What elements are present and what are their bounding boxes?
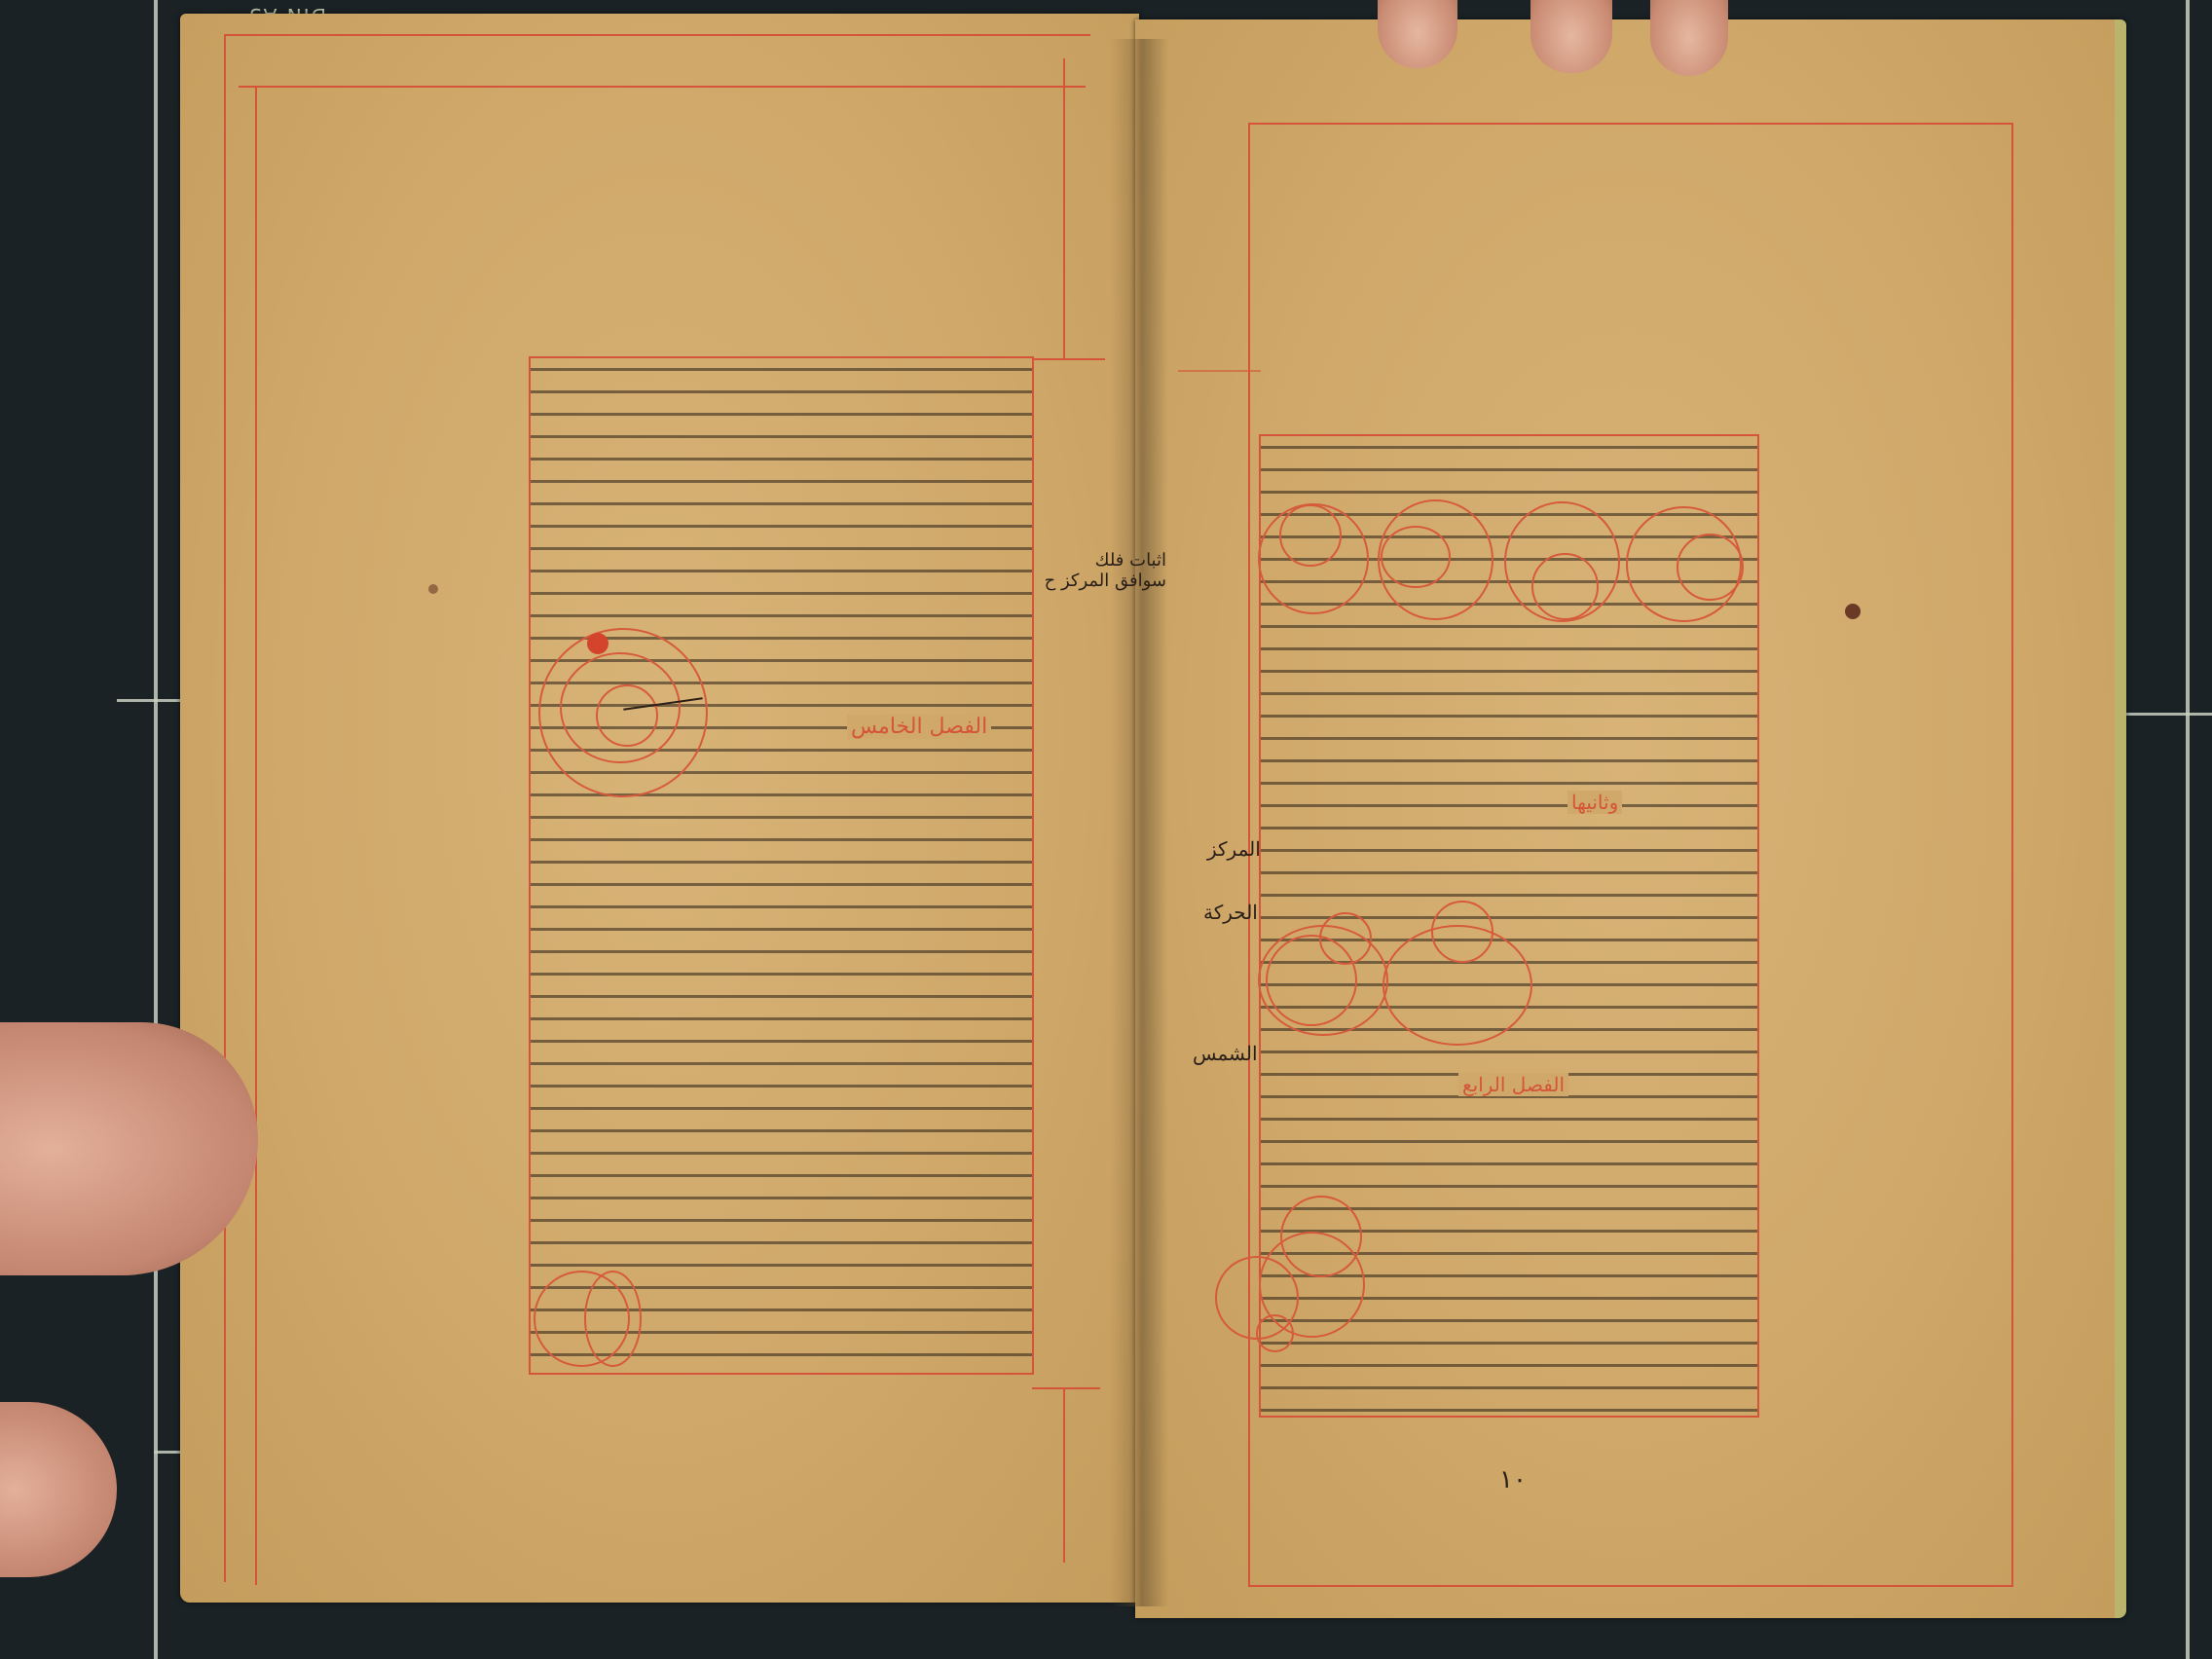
right-frame-tick — [1178, 370, 1261, 372]
right-section-marker: وثانيها — [1567, 791, 1622, 814]
page-number: ١٠ — [1499, 1465, 1527, 1494]
left-frame-line — [224, 34, 226, 1582]
left-frame-line — [1063, 58, 1065, 360]
finger — [0, 1402, 117, 1577]
right-diagram-circle — [1677, 534, 1744, 601]
right-low-circle — [1256, 1314, 1294, 1352]
right-diagram-circle — [1531, 553, 1599, 620]
right-diagram-circle — [1381, 526, 1451, 588]
left-margin-note: اثبات فلك سوافق المركز ح — [1040, 550, 1166, 591]
left-frame-line — [1063, 1387, 1065, 1563]
board-line — [154, 0, 158, 1659]
board-line — [154, 1451, 183, 1454]
ink-stain — [428, 584, 438, 594]
left-diagram-circle-inner — [596, 684, 658, 747]
margin-note-motion: الحركة — [1203, 901, 1258, 924]
left-chapter-heading: الفصل الخامس — [847, 715, 991, 739]
left-frame-line — [255, 86, 257, 1585]
board-line — [2186, 0, 2190, 1659]
board-line — [2113, 713, 2212, 716]
margin-note-sun: الشمس — [1193, 1042, 1258, 1065]
left-frame-line — [224, 34, 1090, 36]
left-frame-line — [1032, 358, 1105, 360]
left-bottom-circle — [584, 1271, 642, 1367]
margin-note-center: المركز — [1207, 837, 1261, 861]
right-mid-circle — [1266, 935, 1357, 1026]
book-spine — [1110, 39, 1168, 1606]
left-diagram-sun — [587, 633, 608, 654]
right-diagram-circle — [1279, 504, 1342, 567]
right-chapter-heading: الفصل الرابع — [1458, 1073, 1568, 1096]
left-text-block — [529, 356, 1034, 1375]
left-frame-line — [239, 86, 1086, 88]
left-frame-line — [1032, 1387, 1100, 1389]
finger — [1530, 0, 1612, 73]
finger — [1650, 0, 1728, 76]
right-mid-circle — [1431, 901, 1493, 963]
ink-stain — [1845, 604, 1861, 619]
board-line — [117, 699, 185, 702]
